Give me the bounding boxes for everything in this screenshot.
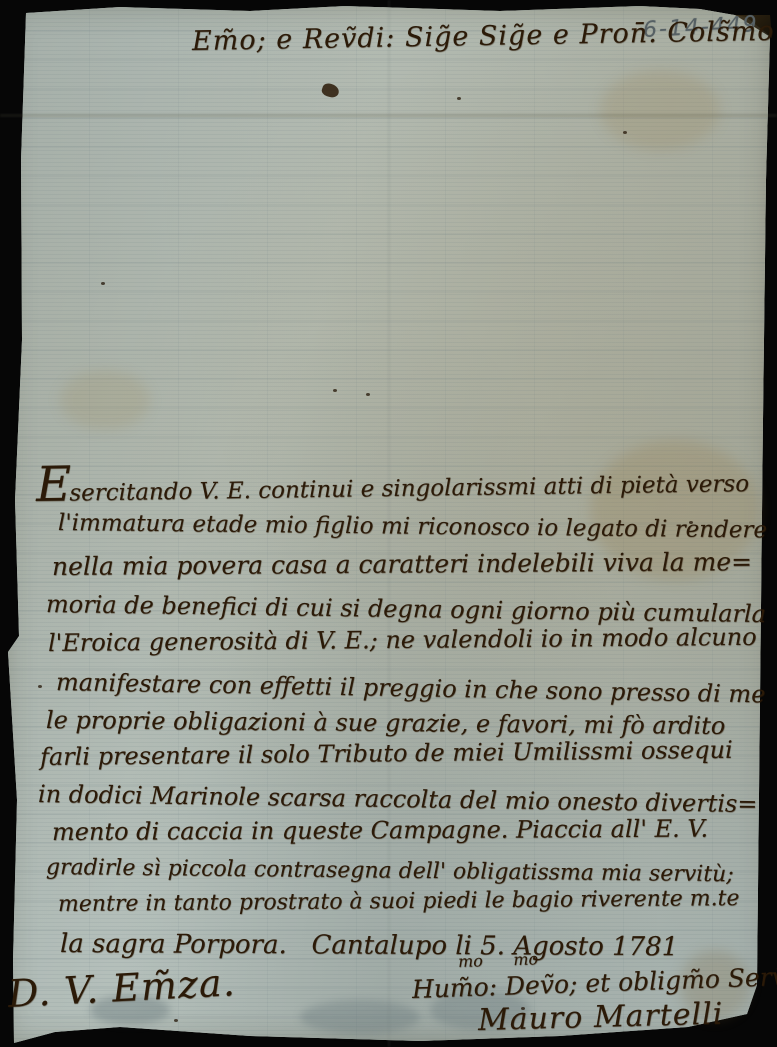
body-line-10: mento di caccia in queste Campagne. Piac… (52, 815, 708, 846)
body-line-13: la sagra Porpora. Cantalupo li 5. Agosto… (60, 929, 678, 962)
body-line-7: le proprie obligazioni à sue grazie, e f… (46, 706, 726, 740)
scanned-letter-page: 6-14-449 Em̃o; e Reṽdi: Sig̃e Sig̃e e Pr… (0, 0, 777, 1047)
signature-name: Mauro Martelli (478, 997, 724, 1038)
body-line-3: nella mia povera casa a caratteri indele… (52, 547, 752, 581)
valediction-superscripts: mo mo (458, 949, 539, 971)
